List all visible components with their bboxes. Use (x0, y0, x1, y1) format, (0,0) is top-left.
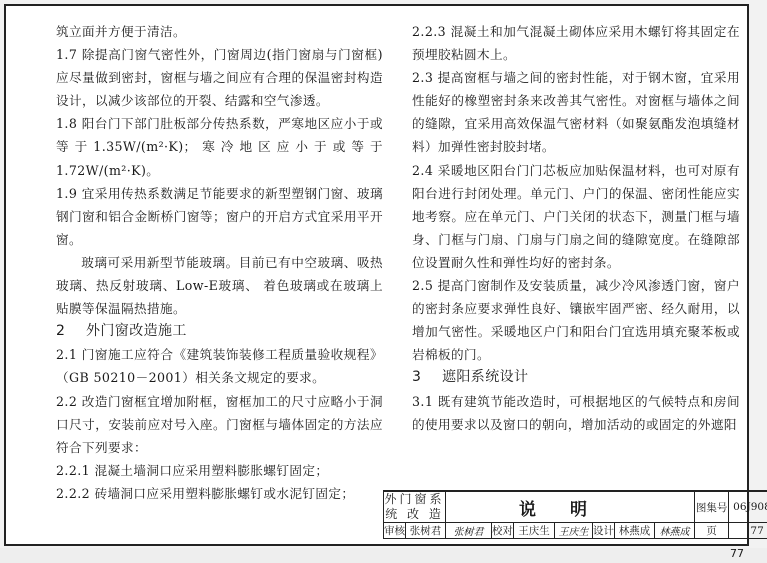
category-cell: 外门窗系 统 改 造 (384, 491, 446, 523)
clause-1-7: 1.7 除提高门窗气密性外，门窗周边(指门窗扇与门窗框)应尽量做到密封，窗框与墙… (56, 43, 383, 112)
drawing-sheet: 筑立面并方便于清洁。 1.7 除提高门窗气密性外，门窗周边(指门窗扇与门窗框)应… (4, 4, 749, 546)
clause-2-3: 2.3 提高窗框与墙之间的密封性能，对于钢木窗，宜采用性能好的橡塑密封条来改善其… (412, 66, 740, 158)
clause-2-4: 2.4 采暖地区阳台门门芯板应加贴保温材料，也可对原有阳台进行封闭处理。单元门、… (412, 159, 740, 274)
reviewer-name: 张树君 (406, 523, 446, 539)
designer-name: 林燕成 (615, 523, 655, 539)
clause-2-5: 2.5 提高门窗制作及安装质量，减少冷风渗透门窗，窗户的密封条应要求弹性良好、镶… (412, 274, 740, 366)
design-label: 设计 (593, 523, 615, 539)
clause-2-2: 2.2 改造门窗框宜增加附框，窗框加工的尺寸应略小于洞口尺寸，安装前应对号入座。… (56, 390, 383, 459)
review-label: 审核 (384, 523, 406, 539)
atlas-number: 06J908-7 (729, 491, 767, 523)
paragraph: 筑立面并方便于清洁。 (56, 20, 383, 43)
check-label: 校对 (492, 523, 514, 539)
bottom-margin (0, 548, 767, 563)
sheet-title: 说明 (446, 491, 695, 523)
page-number: 77 (730, 547, 744, 560)
clause-2-2-2: 2.2.2 砖墙洞口应采用塑料膨胀螺钉或水泥钉固定； (56, 482, 383, 505)
clause-3-1: 3.1 既有建筑节能改造时，可根据地区的气候特点和房间的使用要求以及窗口的朝向，… (412, 390, 740, 436)
section-heading-2: 2外门窗改造施工 (56, 320, 383, 343)
right-column: 2.2.3 混凝土和加气混凝土砌体应采用木螺钉将其固定在预埋胶粘圆木上。 2.3… (412, 20, 740, 436)
title-block: 外门窗系 统 改 造 说明 图集号 06J908-7 审核 张树君 张树君 校对… (383, 490, 767, 539)
page-label: 页 (695, 523, 729, 539)
designer-signature: 林燕成 (655, 523, 695, 539)
section-heading-3: 3遮阳系统设计 (412, 366, 740, 389)
reviewer-signature: 张树君 (446, 523, 492, 539)
atlas-label: 图集号 (695, 491, 729, 523)
glass-paragraph: 玻璃可采用新型节能玻璃。目前已有中空玻璃、吸热玻璃、热反射玻璃、Low-E玻璃、… (56, 251, 383, 320)
page-number-cell: 77 (729, 523, 767, 539)
clause-1-9: 1.9 宜采用传热系数满足节能要求的新型塑钢门窗、玻璃钢门窗和铝合金断桥门窗等；… (56, 182, 383, 251)
clause-2-2-1: 2.2.1 混凝土墙洞口应采用塑料膨胀螺钉固定； (56, 459, 383, 482)
left-column: 筑立面并方便于清洁。 1.7 除提高门窗气密性外，门窗周边(指门窗扇与门窗框)应… (56, 20, 383, 505)
checker-signature: 王庆生 (555, 523, 593, 539)
checker-name: 王庆生 (514, 523, 555, 539)
clause-2-2-3: 2.2.3 混凝土和加气混凝土砌体应采用木螺钉将其固定在预埋胶粘圆木上。 (412, 20, 740, 66)
clause-2-1: 2.1 门窗施工应符合《建筑装饰装修工程质量验收规程》（GB 50210－200… (56, 343, 383, 389)
clause-1-8: 1.8 阳台门下部门肚板部分传热系数，严寒地区应小于或等于1.35W/(m²·K… (56, 112, 383, 181)
